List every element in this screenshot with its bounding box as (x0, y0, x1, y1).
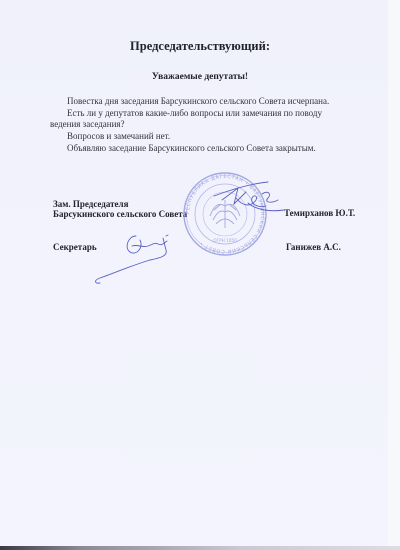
secretary-signature-icon (96, 235, 169, 283)
stamp-inner-text: ОГРН 1050 (213, 238, 237, 243)
official-stamp-icon: РЕСПУБЛИКА ДАГЕСТАН • БАРСУКИНСКИЙ СЕЛЬС… (184, 173, 266, 255)
stamp-and-signatures-layer: РЕСПУБЛИКА ДАГЕСТАН • БАРСУКИНСКИЙ СЕЛЬС… (0, 0, 400, 550)
